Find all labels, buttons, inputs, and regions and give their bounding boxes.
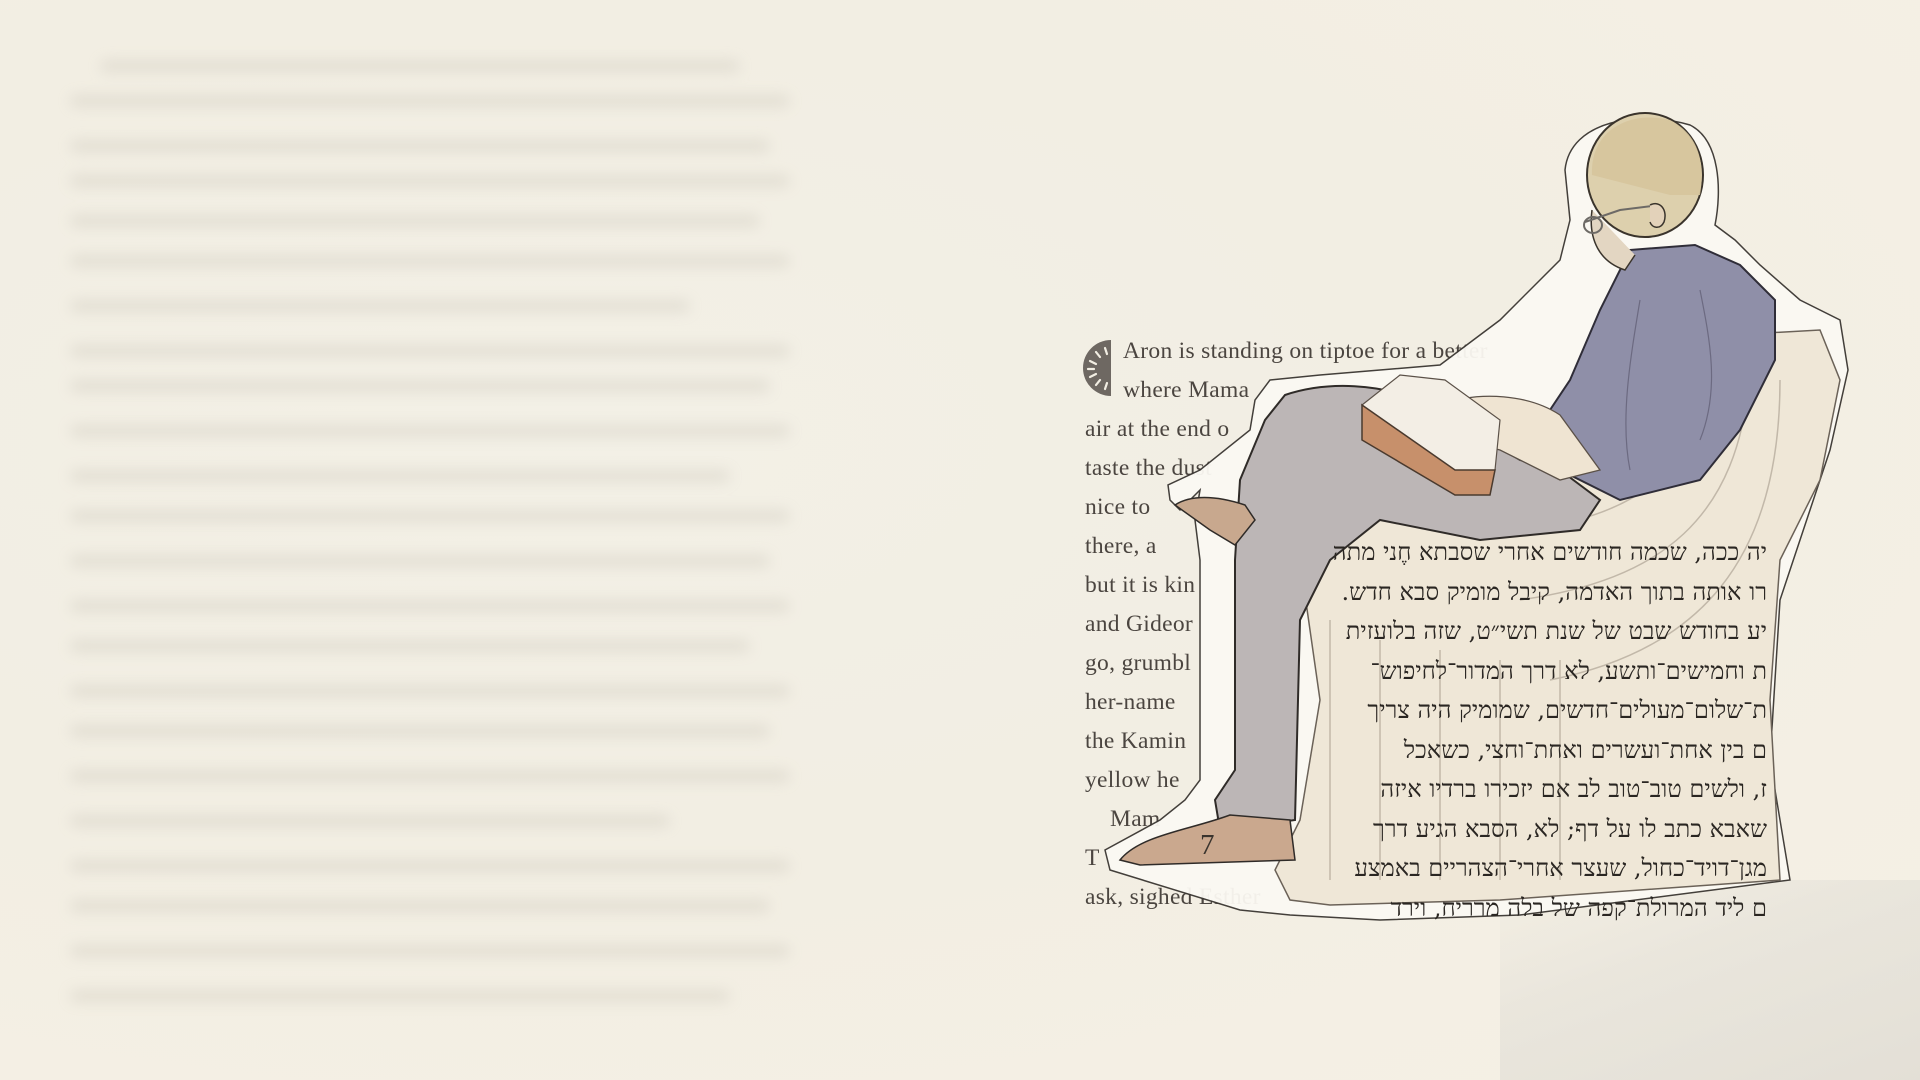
text-line: רו אותה בתוך האדמה, קיבל מומיק סבא חדש. [1262,573,1767,613]
text-line: ז, ולשים טוב־טוב לב אם יזכירו ברדיו איזה [1262,770,1767,810]
text-line: nice to [1085,488,1805,527]
text-line: שאבא כתב לו על דף; לא, הסבא הגיע דרך [1262,810,1767,850]
text-line: ת־שלום־מעולים־חדשים, שמומיק היה צריך [1262,691,1767,731]
text-line: מגן־דויד־כחול, שעצר אחרי־הצהריים באמצע [1262,849,1767,889]
text-line: taste the dust [1085,449,1805,488]
text-line: air at the end o [1085,410,1805,449]
text-line: where Mama [1085,371,1805,410]
text-line: ם ליד המרולת־קפה של בלה מרריח, וירד [1262,889,1767,929]
text-line: Aron is standing on tiptoe for a better [1085,332,1805,371]
hebrew-page-text: יה ככה, שכמה חודשים אחרי שסבתא חֶני מתה … [1262,533,1767,928]
text-line: ם בין אחת־ועשרים ואחת־וחצי, כשאכל [1262,731,1767,771]
page-number: 7 [1200,829,1215,862]
text-line: יע בחודש שבט של שנת תשי״ט, שזה בלועזית [1262,612,1767,652]
text-line: יה ככה, שכמה חודשים אחרי שסבתא חֶני מתה [1262,533,1767,573]
blurred-background-page [60,0,1060,1080]
text-line: ת וחמישים־ותשע, לא דרך המדור־לחיפוש־ [1262,652,1767,692]
